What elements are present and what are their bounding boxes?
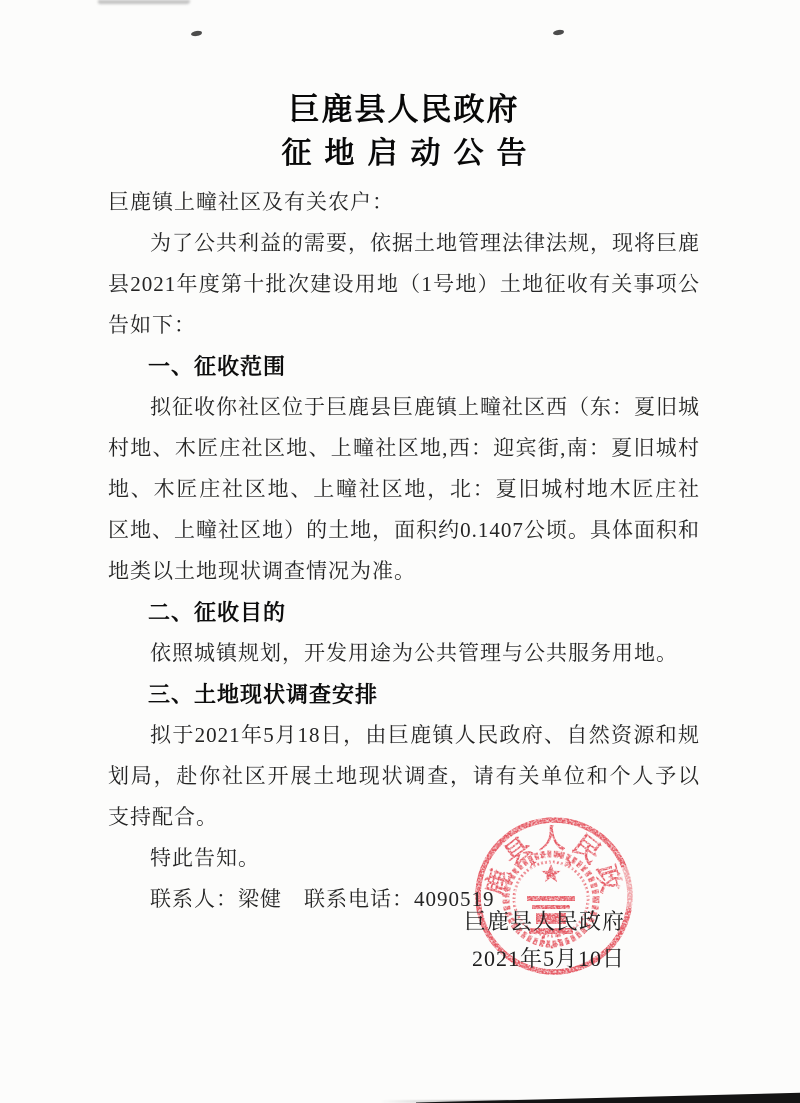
document-content: 巨鹿县人民政府 征地启动公告 巨鹿镇上疃社区及有关农户： 为了公共利益的需要，依… (108, 88, 700, 920)
document-title: 巨鹿县人民政府 (108, 88, 700, 132)
section-2-heading: 二、征收目的 (108, 592, 700, 633)
scan-smudge (191, 30, 202, 36)
intro-paragraph: 为了公共利益的需要，依据土地管理法律法规，现将巨鹿县2021年度第十批次建设用地… (108, 223, 700, 346)
section-2-body: 依照城镇规划，开发用途为公共管理与公共服务用地。 (108, 633, 700, 674)
closing-line: 特此告知。 (108, 838, 700, 879)
document-page: 巨鹿县人民政府 (0, 0, 800, 1103)
signature-block: 巨鹿县人民政府 2021年5月10日 (464, 903, 625, 977)
section-1-body: 拟征收你社区位于巨鹿县巨鹿镇上疃社区西（东：夏旧城村地、木匠庄社区地、上疃社区地… (108, 387, 700, 592)
salutation: 巨鹿镇上疃社区及有关农户： (108, 182, 700, 223)
scan-edge-wedge (0, 1091, 800, 1103)
signature-date: 2021年5月10日 (464, 940, 625, 977)
section-1-heading: 一、征收范围 (108, 346, 700, 387)
document-subtitle: 征地启动公告 (108, 132, 700, 176)
signature-org: 巨鹿县人民政府 (464, 903, 625, 940)
section-3-body: 拟于2021年5月18日，由巨鹿镇人民政府、自然资源和规划局，赴你社区开展土地现… (108, 715, 700, 838)
scan-edge-artifact (98, 0, 190, 4)
scan-smudge (553, 29, 564, 35)
section-3-heading: 三、土地现状调查安排 (108, 674, 700, 715)
